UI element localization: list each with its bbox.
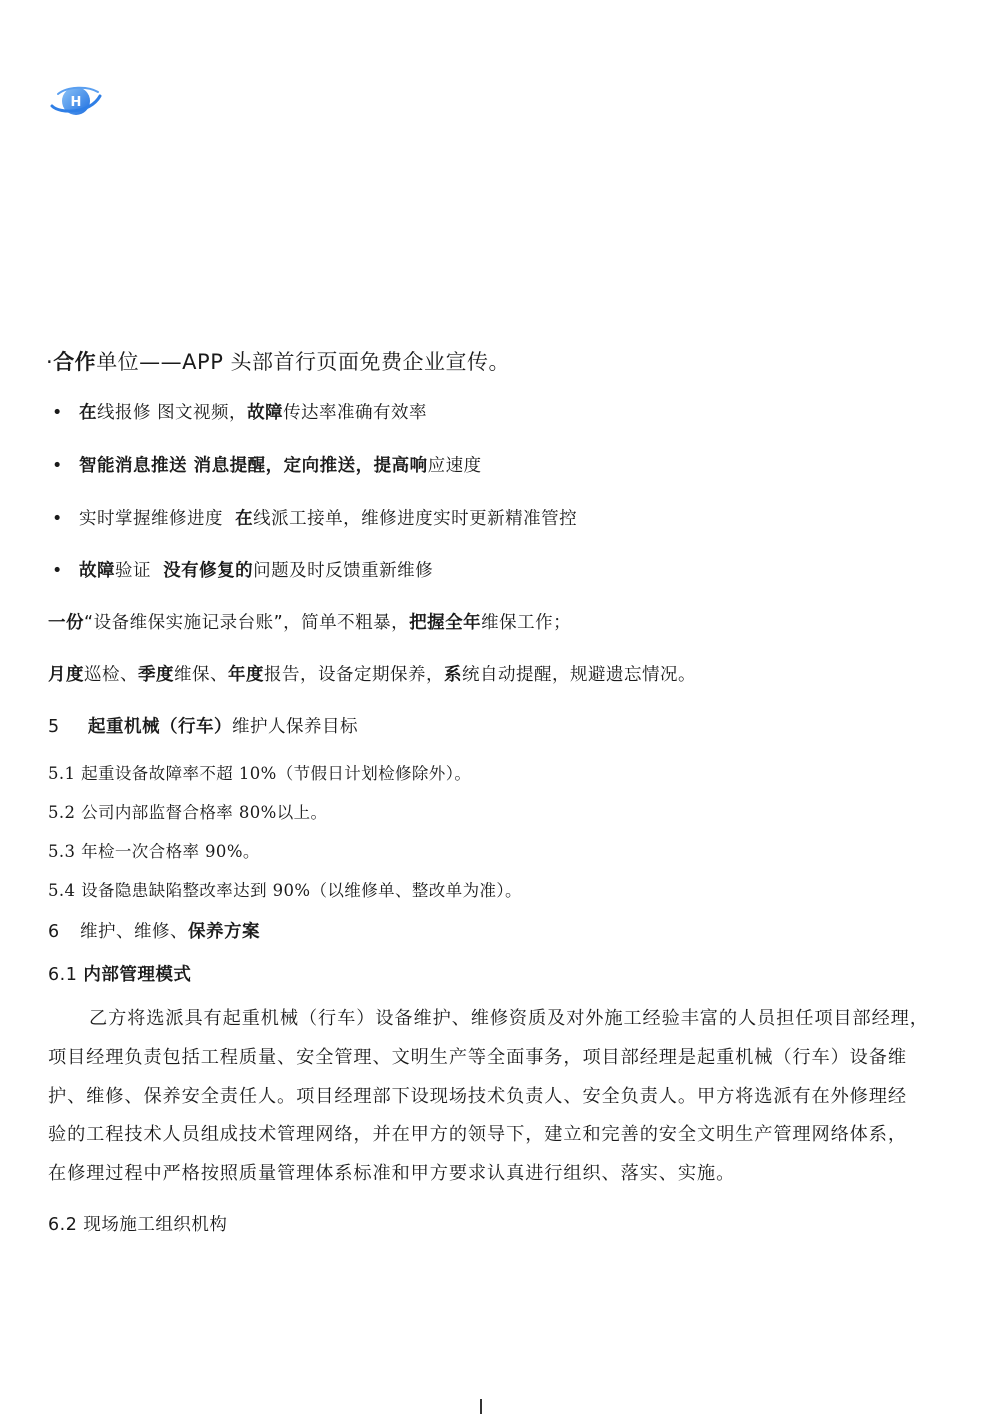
bullet-dot-icon: • [52, 456, 79, 476]
page-marker [480, 1399, 482, 1414]
ledger-text: “设备维保实施记录台账”，简单不粗暴， [84, 613, 409, 633]
bullet-item: •实时掌握维修进度 在线派工接单，维修进度实时更新精准管控 [52, 505, 577, 530]
section-6-heading: 6维护、维修、保养方案 [48, 918, 260, 943]
subsection-6-1-heading: 6.1 内部管理模式 [48, 961, 191, 986]
headline-rest: 单位——APP 头部首行页面免费企业宣传。 [96, 350, 510, 374]
paragraph-line: 项目经理负责包括工程质量、安全管理、文明生产等全面事务，项目部经理是起重机械（行… [48, 1039, 960, 1078]
headline: ·合作单位——APP 头部首行页面免费企业宣传。 [46, 346, 510, 376]
reminder-text: 维保、 [174, 665, 228, 685]
reminder-text: 系 [444, 665, 462, 685]
bullet-text: 问题及时反馈重新维修 [253, 561, 433, 581]
bullet-text: 传达率准确有效率 [283, 403, 427, 423]
paragraph-line: 护、维修、保养安全责任人。项目经理部下设现场技术负责人、安全负责人。甲方将选派有… [48, 1078, 960, 1117]
section-title: 维护人保养目标 [232, 717, 358, 737]
ledger-line: 一份“设备维保实施记录台账”，简单不粗暴，把握全年维保工作； [48, 609, 571, 634]
subsection-number: 6.1 [48, 965, 77, 985]
reminder-text: 月度 [48, 665, 84, 685]
reminder-text: 巡检、 [84, 665, 138, 685]
section-5-heading: 5起重机械（行车）维护人保养目标 [48, 713, 358, 738]
ledger-text: 一份 [48, 613, 84, 633]
reminder-text: 年度 [228, 665, 264, 685]
bullet-text: 故障 [247, 403, 283, 423]
section-number: 5 [48, 717, 88, 737]
bullet-text: 故障 [79, 561, 115, 581]
paragraph-line: 乙方将选派具有起重机械（行车）设备维护、维修资质及对外施工经验丰富的人员担任项目… [48, 1000, 960, 1039]
target-item: 5.1 起重设备故障率不超 10%（节假日计划检修除外）。 [48, 760, 471, 784]
bullet-text: 线报修 图文视频， [97, 403, 247, 423]
section-title: 维护、维修、 [80, 922, 188, 942]
bullet-text: 验证 [115, 561, 163, 581]
company-globe-logo-icon: H [50, 84, 102, 118]
paragraph-line: 验的工程技术人员组成技术管理网络，并在甲方的领导下，建立和完善的安全文明生产管理… [48, 1116, 960, 1155]
reminder-text: 季度 [138, 665, 174, 685]
section-title-bold: 起重机械（行车） [88, 717, 232, 737]
bullet-text: 智能消息推送 消息提醒，定向推送，提高响 [79, 456, 428, 476]
target-item: 5.2 公司内部监督合格率 80%以上。 [48, 799, 327, 823]
bullet-item: •故障验证 没有修复的问题及时反馈重新维修 [52, 557, 433, 582]
ledger-text: 把握全年 [409, 613, 481, 633]
bullet-text: 实时掌握维修进度 [79, 509, 235, 529]
subsection-title: 内部管理模式 [83, 965, 191, 985]
management-paragraph: 乙方将选派具有起重机械（行车）设备维护、维修资质及对外施工经验丰富的人员担任项目… [48, 1000, 960, 1194]
target-item: 5.3 年检一次合格率 90%。 [48, 838, 260, 862]
subsection-number: 6.2 [48, 1215, 77, 1235]
headline-bold: 合作 [53, 350, 96, 374]
bullet-item: •在线报修 图文视频，故障传达率准确有效率 [52, 399, 427, 424]
bullet-dot-icon: • [52, 403, 79, 423]
section-number: 6 [48, 922, 80, 942]
bullet-text: 应速度 [428, 456, 482, 476]
bullet-item: •智能消息推送 消息提醒，定向推送，提高响应速度 [52, 452, 482, 477]
subsection-6-2-heading: 6.2 现场施工组织机构 [48, 1211, 227, 1236]
bullet-text: 没有修复的 [163, 561, 253, 581]
paragraph-text: 乙方将选派具有起重机械（行车）设备维护、维修资质及对外施工经验丰富的人员担任项目… [89, 1008, 929, 1029]
bullet-text: 线派工接单，维修进度实时更新精准管控 [253, 509, 577, 529]
bullet-dot-icon: • [52, 561, 79, 581]
target-item: 5.4 设备隐患缺陷整改率达到 90%（以维修单、整改单为准）。 [48, 877, 522, 901]
subsection-title: 现场施工组织机构 [83, 1215, 227, 1235]
reminder-line: 月度巡检、季度维保、年度报告，设备定期保养，系统自动提醒，规避遗忘情况。 [48, 661, 696, 686]
bullet-dot-icon: • [52, 509, 79, 529]
bullet-text: 在 [79, 403, 97, 423]
ledger-text: 维保工作； [481, 613, 571, 633]
reminder-text: 报告，设备定期保养， [264, 665, 444, 685]
svg-text:H: H [71, 95, 82, 110]
paragraph-line: 在修理过程中严格按照质量管理体系标准和甲方要求认真进行组织、落实、实施。 [48, 1155, 960, 1194]
bullet-text: 在 [235, 509, 253, 529]
section-title-bold: 保养方案 [188, 922, 260, 942]
reminder-text: 统自动提醒，规避遗忘情况。 [462, 665, 696, 685]
